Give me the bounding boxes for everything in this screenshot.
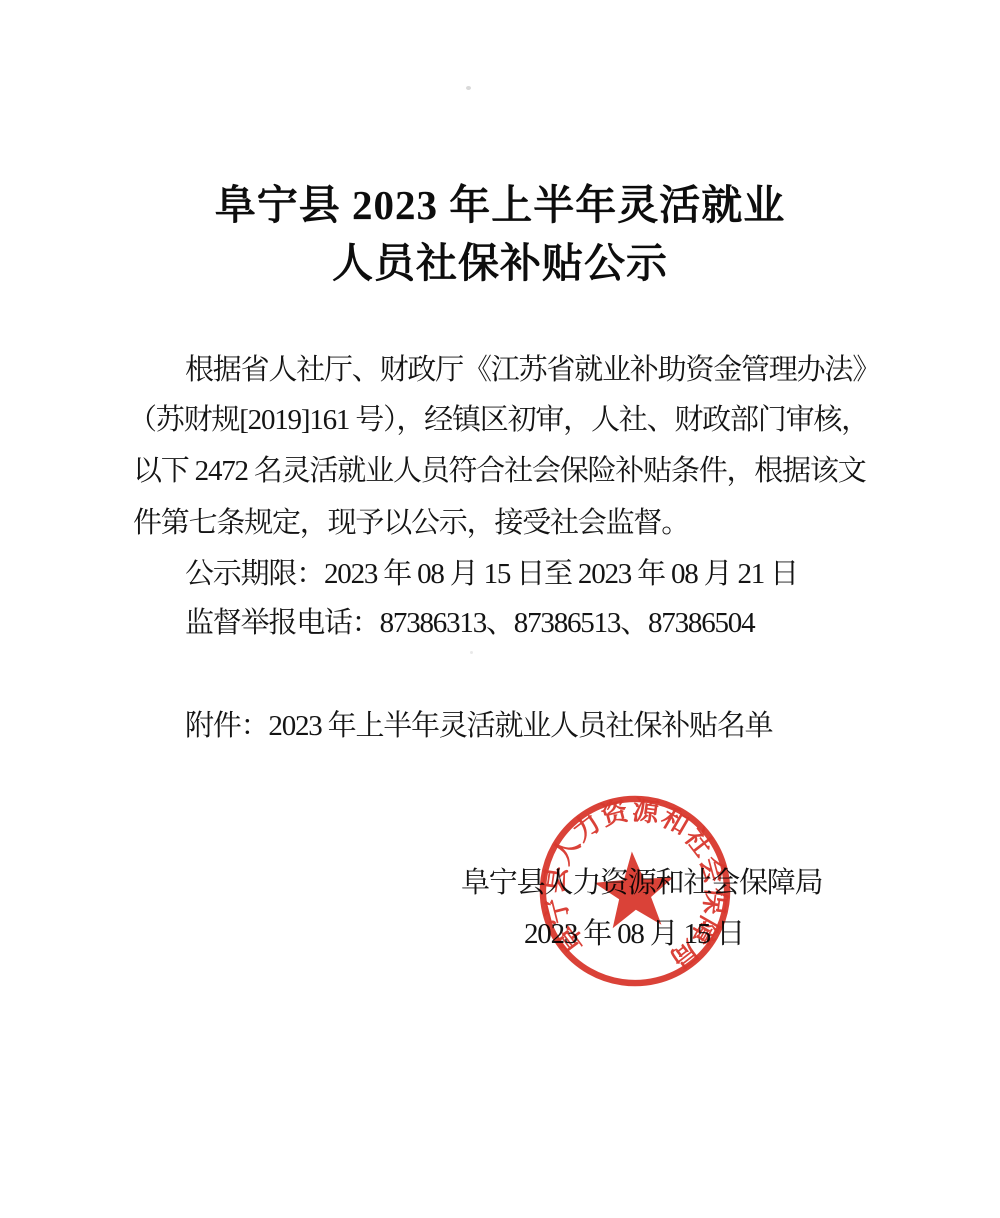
body-line-intro: 根据省人社厅、财政厅《江苏省就业补助资金管理办法》: [185, 350, 880, 390]
body-line-rule: 件第七条规定，现予以公示，接受社会监督。: [133, 503, 689, 543]
title-line-1: 阜宁县 2023 年上半年灵活就业: [0, 176, 1000, 234]
attachment-line: 附件：2023 年上半年灵活就业人员社保补贴名单: [185, 706, 772, 746]
agency-signature: 阜宁县人力资源和社会保障局: [461, 860, 822, 901]
body-line-count: 以下 2472 名灵活就业人员符合社会保险补贴条件，根据该文: [133, 451, 866, 491]
scan-speck: [470, 651, 473, 654]
notice-period-line: 公示期限：2023 年 08 月 15 日至 2023 年 08 月 21 日: [185, 554, 798, 594]
hotline-line: 监督举报电话：87386313、87386513、87386504: [185, 603, 754, 643]
body-line-reference: （苏财规[2019]161 号），经镇区初审，人社、财政部门审核，: [128, 400, 869, 440]
document-page: 阜宁县 2023 年上半年灵活就业 人员社保补贴公示 根据省人社厅、财政厅《江苏…: [0, 0, 1000, 1218]
scan-speck: [466, 86, 471, 90]
document-title: 阜宁县 2023 年上半年灵活就业 人员社保补贴公示: [0, 176, 1000, 292]
title-line-2: 人员社保补贴公示: [0, 234, 1000, 292]
signature-date: 2023 年 08 月 15 日: [524, 911, 744, 952]
